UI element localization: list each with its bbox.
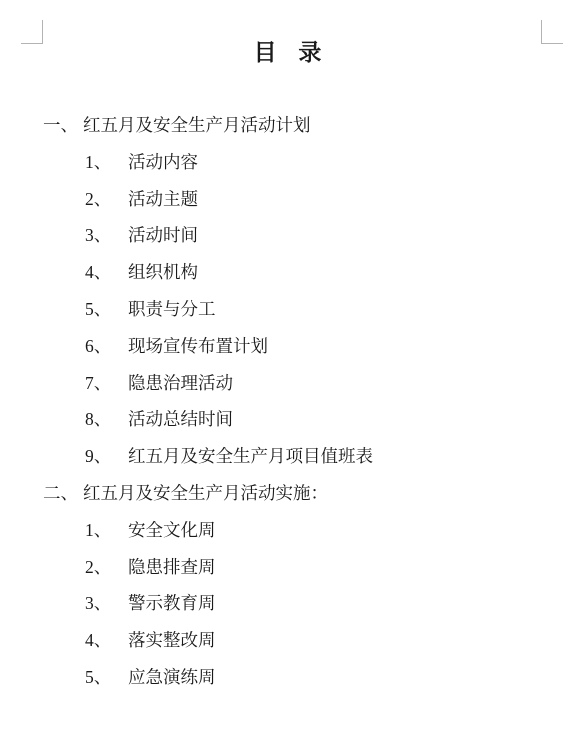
entry-label: 现场宣传布置计划 — [128, 336, 268, 356]
document-page: 目 录 一、红五月及安全生产月活动计划 1、活动内容 2、活动主题 3、活动时间… — [0, 0, 583, 744]
entry-number: 1、 — [85, 144, 128, 181]
entry-number: 4、 — [85, 254, 128, 291]
entry-number: 4、 — [85, 622, 128, 659]
entry-number: 9、 — [85, 438, 128, 475]
toc-entry[interactable]: 9、红五月及安全生产月项目值班表 — [0, 438, 583, 475]
entry-number: 5、 — [85, 291, 128, 328]
section-number: 一、 — [43, 107, 83, 144]
toc-entry[interactable]: 7、隐患治理活动 — [0, 365, 583, 402]
entry-label: 警示教育周 — [128, 593, 216, 613]
toc-entry[interactable]: 8、活动总结时间 — [0, 401, 583, 438]
entry-label: 隐患排查周 — [128, 557, 216, 577]
toc-entry[interactable]: 4、组织机构 — [0, 254, 583, 291]
toc-page-title: 目 录 — [0, 41, 583, 64]
entry-number: 7、 — [85, 365, 128, 402]
entry-label: 活动时间 — [128, 225, 198, 245]
entry-number: 6、 — [85, 328, 128, 365]
entry-label: 活动内容 — [128, 152, 198, 172]
entry-number: 8、 — [85, 401, 128, 438]
section-title: 红五月及安全生产月活动计划 — [83, 115, 311, 135]
entry-label: 落实整改周 — [128, 630, 216, 650]
entry-label: 职责与分工 — [128, 299, 216, 319]
toc-entry[interactable]: 5、应急演练周 — [0, 659, 583, 696]
entry-number: 3、 — [85, 585, 128, 622]
entry-label: 安全文化周 — [128, 520, 216, 540]
entry-number: 3、 — [85, 217, 128, 254]
entry-label: 活动主题 — [128, 189, 198, 209]
toc-section-heading[interactable]: 二、红五月及安全生产月活动实施： — [0, 475, 583, 512]
toc-entry[interactable]: 2、活动主题 — [0, 181, 583, 218]
section-number: 二、 — [43, 475, 83, 512]
toc-entry[interactable]: 3、活动时间 — [0, 217, 583, 254]
toc-entry[interactable]: 5、职责与分工 — [0, 291, 583, 328]
entry-label: 组织机构 — [128, 262, 198, 282]
toc-entry[interactable]: 6、现场宣传布置计划 — [0, 328, 583, 365]
section-title: 红五月及安全生产月活动实施： — [83, 483, 328, 503]
entry-number: 1、 — [85, 512, 128, 549]
entry-number: 2、 — [85, 181, 128, 218]
toc-entry[interactable]: 1、活动内容 — [0, 144, 583, 181]
toc-entry[interactable]: 1、安全文化周 — [0, 512, 583, 549]
toc-section-heading[interactable]: 一、红五月及安全生产月活动计划 — [0, 107, 583, 144]
entry-label: 应急演练周 — [128, 667, 216, 687]
toc-entry[interactable]: 3、警示教育周 — [0, 585, 583, 622]
entry-label: 隐患治理活动 — [128, 373, 233, 393]
entry-label: 红五月及安全生产月项目值班表 — [128, 446, 373, 466]
entry-number: 2、 — [85, 549, 128, 586]
toc-entry[interactable]: 2、隐患排查周 — [0, 549, 583, 586]
entry-label: 活动总结时间 — [128, 409, 233, 429]
entry-number: 5、 — [85, 659, 128, 696]
table-of-contents: 一、红五月及安全生产月活动计划 1、活动内容 2、活动主题 3、活动时间 4、组… — [0, 107, 583, 696]
toc-entry[interactable]: 4、落实整改周 — [0, 622, 583, 659]
